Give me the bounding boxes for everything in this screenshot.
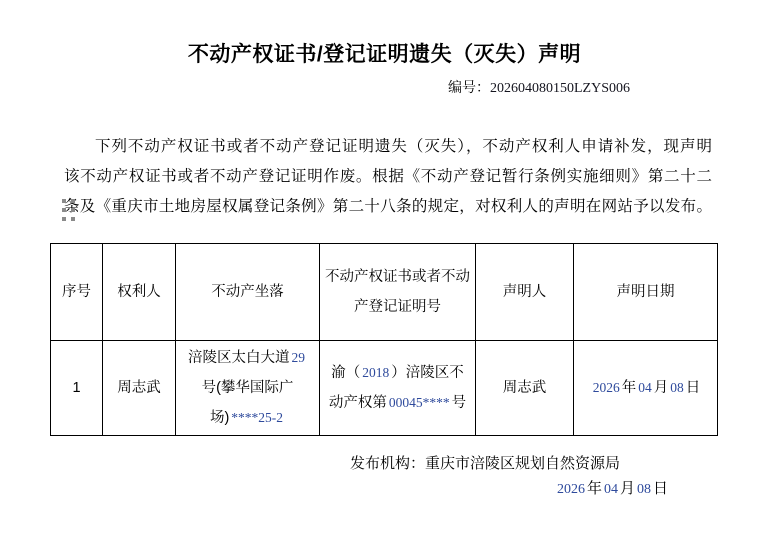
date-unit: 月	[654, 380, 669, 396]
date-unit: 年	[622, 380, 637, 396]
issuer-value: 重庆市涪陵区规划自然资源局	[425, 455, 620, 472]
table-header-row: 序号 权利人 不动产坐落 不动产权证书或者不动产登记证明号 声明人 声明日期	[51, 244, 718, 341]
paragraph-line: 该不动产权证书或者不动产登记证明作废。根据《不动产登记暂行条例实施细则》第二十二	[64, 162, 712, 192]
date-unit: 日	[686, 380, 701, 396]
issuer-label: 发布机构：	[350, 455, 425, 472]
cert-number: 2018	[362, 365, 389, 380]
paragraph-line: 条及《重庆市土地房屋权属登记条例》第二十八条的规定，对权利人的声明在网站予以发布…	[64, 192, 712, 222]
grip-dot	[62, 199, 66, 203]
col-header-declarant: 声明人	[476, 244, 574, 341]
cell-location: 涪陵区太白大道29号(攀华国际广场)****25-2	[176, 341, 320, 436]
cell-date: 2026年04月08日	[574, 341, 718, 436]
location-number: 29	[292, 350, 306, 365]
serial-number-line: 编号：202604080150LZYS006	[0, 77, 630, 97]
paragraph-line: 下列不动产权证书或者不动产登记证明遗失（灭失），不动产权利人申请补发，现声明	[64, 132, 712, 162]
cell-holder: 周志武	[103, 341, 176, 436]
grip-dot	[71, 208, 75, 212]
table-row: 1 周志武 涪陵区太白大道29号(攀华国际广场)****25-2 渝（2018）…	[51, 341, 718, 436]
cell-declarant: 周志武	[476, 341, 574, 436]
announcement-table: 序号 权利人 不动产坐落 不动产权证书或者不动产登记证明号 声明人 声明日期 1…	[50, 243, 718, 436]
grip-dots-icon[interactable]	[59, 196, 77, 224]
serial-value: 202604080150LZYS006	[490, 81, 630, 96]
cell-seq: 1	[51, 341, 103, 436]
cert-text: 渝（	[331, 365, 360, 381]
date-unit: 月	[620, 480, 635, 497]
grip-dot	[62, 217, 66, 221]
date-number: 2026	[593, 380, 620, 395]
cert-text: 号	[452, 395, 467, 411]
cert-number: 00045****	[389, 395, 450, 410]
cell-cert-number: 渝（2018）涪陵区不动产权第00045****号	[320, 341, 476, 436]
location-number: ****25-2	[231, 410, 283, 425]
date-number: 04	[604, 482, 618, 497]
col-header-seq: 序号	[51, 244, 103, 341]
date-unit: 日	[653, 480, 668, 497]
col-header-cert-number: 不动产权证书或者不动产登记证明号	[320, 244, 476, 341]
location-text: 涪陵区太白大道	[188, 350, 290, 366]
col-header-holder: 权利人	[103, 244, 176, 341]
document-page: 不动产权证书/登记证明遗失（灭失）声明 编号：202604080150LZYS0…	[0, 0, 769, 539]
page-title: 不动产权证书/登记证明遗失（灭失）声明	[0, 38, 769, 68]
date-unit: 年	[587, 480, 602, 497]
col-header-date: 声明日期	[574, 244, 718, 341]
date-number: 08	[637, 482, 651, 497]
serial-label: 编号：	[448, 79, 490, 95]
col-header-location: 不动产坐落	[176, 244, 320, 341]
date-number: 2026	[557, 482, 585, 497]
grip-dot	[62, 208, 66, 212]
grip-dot	[71, 199, 75, 203]
date-number: 08	[670, 380, 684, 395]
issue-date-line: 2026年04月08日	[555, 477, 668, 498]
date-number: 04	[638, 380, 652, 395]
declaration-paragraph: 下列不动产权证书或者不动产登记证明遗失（灭失），不动产权利人申请补发，现声明 该…	[64, 132, 712, 222]
grip-dot	[71, 217, 75, 221]
issuer-line: 发布机构：重庆市涪陵区规划自然资源局	[350, 452, 620, 473]
